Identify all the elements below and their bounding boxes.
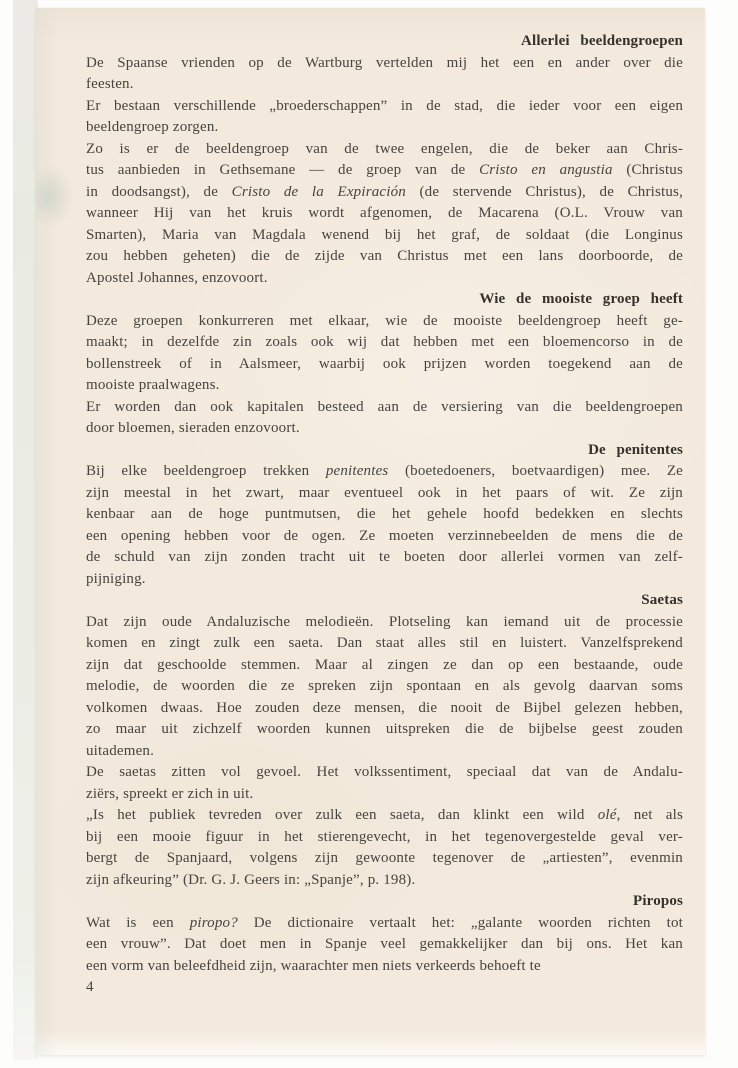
text-line: Smarten), Maria van Magdala wenend bij h… [86, 225, 683, 247]
text-line: Deze groepen konkurreren met elkaar, wie… [86, 311, 683, 333]
text-line: bergt de Spanjaard, volgens zijn gewoont… [86, 848, 683, 870]
text-line: komen en zingt zulk een saeta. Dan staat… [86, 633, 683, 655]
paragraph: Deze groepen konkurreren met elkaar, wie… [86, 311, 683, 397]
page-number: 4 [86, 977, 683, 999]
text-line: tus aanbieden in Gethsemane — de groep v… [86, 160, 683, 182]
paragraph: Dat zijn oude Andaluzische melodieën. Pl… [86, 612, 683, 763]
text-line: uitademen. [86, 741, 683, 763]
text-line: maakt; in dezelfde zin zoals ook wij dat… [86, 332, 683, 354]
text-line: Wat is een piropo? De dictionaire vertaa… [86, 913, 683, 935]
text-line: wanneer Hij van het kruis wordt afgenome… [86, 203, 683, 225]
text-line: bij een mooie figuur in het stierengevec… [86, 827, 683, 849]
paragraph: Wat is een piropo? De dictionaire vertaa… [86, 913, 683, 978]
text-line: een opening hebben voor de ogen. Ze moet… [86, 526, 683, 548]
scan-background: Allerlei beeldengroepenDe Spaanse vriend… [0, 0, 738, 1068]
section-heading: De penitentes [86, 440, 683, 462]
text-line: Er bestaan verschillende „broederschappe… [86, 96, 683, 118]
section-heading: Piropos [86, 891, 683, 913]
section-heading: Saetas [86, 590, 683, 612]
text-line: de schuld van zijn zonden tracht uit te … [86, 547, 683, 569]
text-line: Apostel Johannes, enzovoort. [86, 268, 683, 290]
text-line: Bij elke beeldengroep trekken penitentes… [86, 461, 683, 483]
section-heading: Wie de mooiste groep heeft [86, 289, 683, 311]
text-line: een vorm van beleefdheid zijn, waarachte… [86, 956, 683, 978]
paragraph: De Spaanse vrienden op de Wartburg verte… [86, 53, 683, 96]
text-line: ziërs, spreekt er zich in uit. [86, 784, 683, 806]
text-line: in doodsangst), de Cristo de la Expiraci… [86, 182, 683, 204]
text-line: Zo is er de beeldengroep van de twee eng… [86, 139, 683, 161]
paragraph: Bij elke beeldengroep trekken penitentes… [86, 461, 683, 590]
text-line: kenbaar aan de hoge puntmutsen, die het … [86, 504, 683, 526]
left-page-edge [13, 0, 38, 1060]
text-line: zijn meestal in het zwart, maar eventuee… [86, 483, 683, 505]
paragraph: Er bestaan verschillende „broederschappe… [86, 96, 683, 139]
text-line: mooiste praalwagens. [86, 375, 683, 397]
text-line: melodie, de woorden die ze spreken zijn … [86, 676, 683, 698]
text-line: De Spaanse vrienden op de Wartburg verte… [86, 53, 683, 75]
text-line: pijniging. [86, 569, 683, 591]
paragraph: „Is het publiek tevreden over zulk een s… [86, 805, 683, 891]
text-column: Allerlei beeldengroepenDe Spaanse vriend… [86, 31, 683, 999]
book-page: Allerlei beeldengroepenDe Spaanse vriend… [36, 8, 705, 1055]
text-line: beeldengroep zorgen. [86, 117, 683, 139]
text-line: feesten. [86, 74, 683, 96]
text-line: Dat zijn oude Andaluzische melodieën. Pl… [86, 612, 683, 634]
paragraph: De saetas zitten vol gevoel. Het volksse… [86, 762, 683, 805]
text-line: De saetas zitten vol gevoel. Het volksse… [86, 762, 683, 784]
paragraph: Zo is er de beeldengroep van de twee eng… [86, 139, 683, 290]
text-line: zijn dat geschoolde stemmen. Maar al zin… [86, 655, 683, 677]
text-line: bollenstreek of in Aalsmeer, waarbij ook… [86, 354, 683, 376]
section-heading: Allerlei beeldengroepen [86, 31, 683, 53]
text-line: Er worden dan ook kapitalen besteed aan … [86, 397, 683, 419]
text-line: zou hebben geheten) die de zijde van Chr… [86, 246, 683, 268]
text-line: volkomen dwaas. Hoe zouden deze mensen, … [86, 698, 683, 720]
text-line: zo maar uit zichzelf woorden kunnen uits… [86, 719, 683, 741]
paragraph: Er worden dan ook kapitalen besteed aan … [86, 397, 683, 440]
text-line: door bloemen, sieraden enzovoort. [86, 418, 683, 440]
text-line: „Is het publiek tevreden over zulk een s… [86, 805, 683, 827]
text-line: zijn afkeuring” (Dr. G. J. Geers in: „Sp… [86, 870, 683, 892]
text-line: een vrouw”. Dat doet men in Spanje veel … [86, 934, 683, 956]
